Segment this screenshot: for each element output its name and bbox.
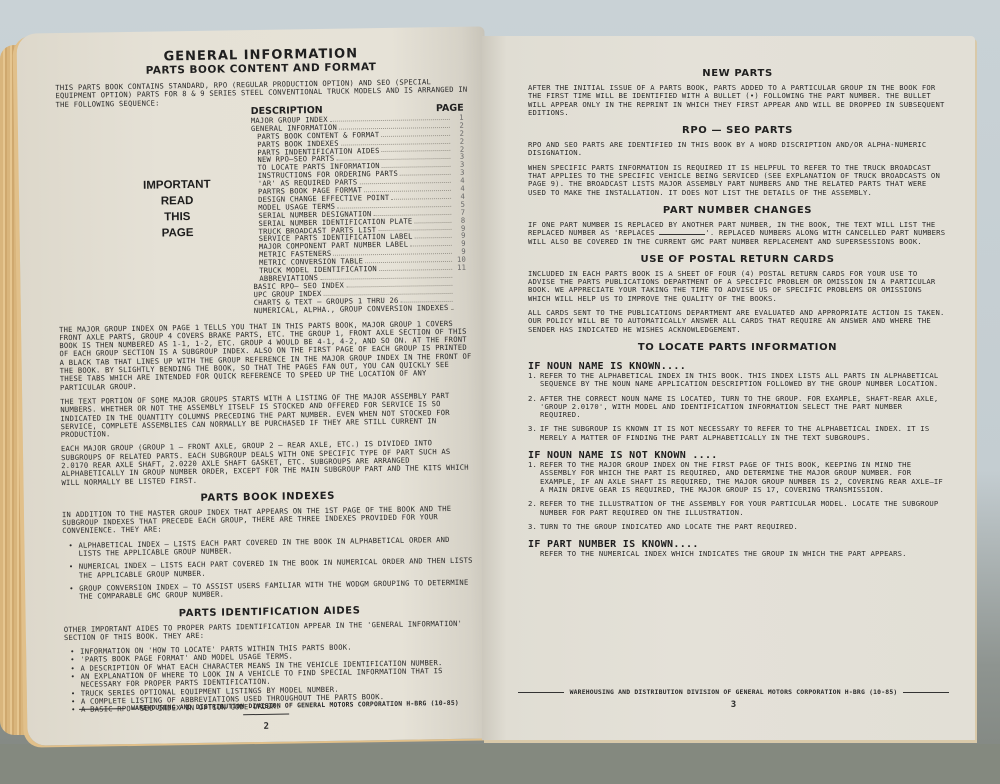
toc-leader-dots (346, 280, 453, 288)
important-word: READ (132, 192, 222, 209)
toc-leader-dots (320, 272, 452, 280)
toc-leader-dots (323, 288, 452, 296)
list-item: ALPHABETICAL INDEX — LISTS EACH PART COV… (68, 535, 474, 558)
important-word: PAGE (132, 224, 222, 241)
toc-item: NUMERICAL, ALPHA., GROUP CONVERSION INDE… (254, 303, 467, 314)
footer-rule (243, 713, 289, 715)
step-item: 2.AFTER THE CORRECT NOUN NAME IS LOCATED… (528, 395, 947, 420)
step-item: 1.REFER TO THE MAJOR GROUP INDEX ON THE … (528, 461, 947, 494)
left-page: GENERAL INFORMATION PARTS BOOK CONTENT A… (16, 26, 495, 745)
footer-rule (518, 692, 564, 693)
steps-noun-known: 1.REFER TO THE ALPHABETICAL INDEX IN THI… (528, 372, 947, 442)
toc-leader-dots (382, 161, 451, 168)
toc-leader-dots (379, 264, 452, 271)
step-number: 2. (528, 395, 540, 420)
step-text: REFER TO THE ALPHABETICAL INDEX IN THIS … (540, 372, 947, 389)
toc-item-label: NUMERICAL, ALPHA., GROUP CONVERSION INDE… (254, 304, 449, 315)
postal-cards-paragraph: ALL CARDS SENT TO THE PUBLICATIONS DEPAR… (528, 309, 947, 334)
step-text: REFER TO THE ILLUSTRATION OF THE ASSEMBL… (540, 500, 947, 517)
step-number: 3. (528, 523, 540, 531)
toc-leader-dots (450, 304, 452, 310)
toc-leader-dots (337, 201, 451, 209)
aides-intro: OTHER IMPORTANT AIDES TO PROPER PARTS ID… (64, 619, 476, 642)
toc-leader-dots (364, 185, 451, 192)
step-item: 2.REFER TO THE ILLUSTRATION OF THE ASSEM… (528, 500, 947, 517)
body-paragraph: THE TEXT PORTION OF SOME MAJOR GROUPS ST… (60, 392, 473, 440)
toc-leader-dots (336, 153, 450, 161)
step-item: 1.REFER TO THE ALPHABETICAL INDEX IN THI… (528, 372, 947, 389)
toc-leader-dots (415, 232, 452, 238)
footer-text: WAREHOUSING AND DISTRIBUTION DIVISION OF… (570, 688, 898, 696)
section-heading-new-parts: NEW PARTS (528, 68, 947, 79)
toc-item-page (455, 303, 467, 311)
body-paragraph: THE MAJOR GROUP INDEX ON PAGE 1 TELLS YO… (59, 319, 472, 392)
step-item: 3.IF THE SUBGROUP IS KNOWN IT IS NOT NEC… (528, 425, 947, 442)
toc-leader-dots (333, 248, 452, 256)
body-paragraph: EACH MAJOR GROUP (GROUP 1 — FRONT AXLE, … (61, 439, 474, 487)
toc-list: MAJOR GROUP INDEX1GENERAL INFORMATION2PA… (251, 114, 467, 315)
part-number-known-text: REFER TO THE NUMERICAL INDEX WHICH INDIC… (528, 550, 947, 558)
section-heading-rpo-seo: RPO — SEO PARTS (528, 125, 947, 136)
step-text: AFTER THE CORRECT NOUN NAME IS LOCATED, … (540, 395, 947, 420)
step-number: 1. (528, 461, 540, 494)
list-item: NUMERICAL INDEX — LISTS EACH PART COVERE… (69, 557, 475, 580)
new-parts-text: AFTER THE INITIAL ISSUE OF A PARTS BOOK,… (528, 84, 947, 117)
toc-leader-dots (359, 177, 450, 184)
table-of-contents: IMPORTANT READ THIS PAGE DESCRIPTION PAG… (251, 103, 467, 315)
toc-leader-dots (341, 138, 451, 146)
part-number-changes-text: IF ONE PART NUMBER IS REPLACED BY ANOTHE… (528, 221, 947, 246)
toc-leader-dots (400, 169, 451, 176)
section-heading-postal-cards: USE OF POSTAL RETURN CARDS (528, 254, 947, 265)
toc-leader-dots (400, 296, 452, 303)
toc-leader-dots (381, 130, 450, 137)
rpo-seo-paragraph: WHEN SPECIFIC PARTS INFORMATION IS REQUI… (528, 164, 947, 197)
page-footer: WAREHOUSING AND DISTRIBUTION DIVISION OF… (47, 698, 485, 735)
important-notice: IMPORTANT READ THIS PAGE (132, 176, 223, 241)
section-heading-aides: PARTS IDENTIFICATION AIDES (63, 603, 475, 620)
important-word: THIS (132, 208, 222, 225)
table-surface (0, 744, 1000, 784)
step-text: IF THE SUBGROUP IS KNOWN IT IS NOT NECES… (540, 425, 947, 442)
toc-leader-dots (410, 240, 452, 247)
step-number: 1. (528, 372, 540, 389)
footer-rule (903, 692, 949, 693)
toc-leader-dots (373, 209, 451, 216)
section-heading-part-number-changes: PART NUMBER CHANGES (528, 205, 947, 216)
toc-item-page (454, 272, 466, 280)
indexes-intro: IN ADDITION TO THE MASTER GROUP INDEX TH… (62, 504, 474, 535)
steps-noun-not-known: 1.REFER TO THE MAJOR GROUP INDEX ON THE … (528, 461, 947, 531)
page-footer: WAREHOUSING AND DISTRIBUTION DIVISION OF… (502, 688, 965, 710)
toc-leader-dots (365, 256, 452, 263)
page-number: 3 (502, 700, 965, 710)
toc-item-page: 11 (454, 264, 466, 272)
replaces-blank-line (659, 234, 705, 235)
toc-leader-dots (339, 122, 450, 130)
step-text: TURN TO THE GROUP INDICATED AND LOCATE T… (540, 523, 798, 531)
toc-leader-dots (330, 114, 450, 122)
toc-item-page (454, 280, 466, 288)
list-item: GROUP CONVERSION INDEX — TO ASSIST USERS… (69, 579, 475, 602)
toc-leader-dots (414, 217, 451, 223)
toc-item-page (454, 288, 466, 296)
step-number: 3. (528, 425, 540, 442)
step-text: REFER TO THE MAJOR GROUP INDEX ON THE FI… (540, 461, 947, 494)
important-word: IMPORTANT (132, 176, 222, 193)
toc-item-page (455, 295, 467, 303)
right-page: NEW PARTS AFTER THE INITIAL ISSUE OF A P… (482, 36, 975, 740)
step-item: 3.TURN TO THE GROUP INDICATED AND LOCATE… (528, 523, 947, 531)
footer-rule (79, 708, 125, 710)
rpo-seo-paragraph: RPO AND SEO PARTS ARE IDENTIFIED IN THIS… (528, 141, 947, 158)
toc-leader-dots (391, 193, 451, 200)
page-number: 2 (47, 718, 485, 735)
toc-leader-dots (382, 145, 451, 152)
postal-cards-paragraph: INCLUDED IN EACH PARTS BOOK IS A SHEET O… (528, 270, 947, 303)
section-heading-locate: TO LOCATE PARTS INFORMATION (528, 342, 947, 353)
indexes-list: ALPHABETICAL INDEX — LISTS EACH PART COV… (68, 535, 475, 601)
toc-leader-dots (378, 224, 451, 231)
step-number: 2. (528, 500, 540, 517)
section-heading-indexes: PARTS BOOK INDEXES (62, 488, 474, 505)
